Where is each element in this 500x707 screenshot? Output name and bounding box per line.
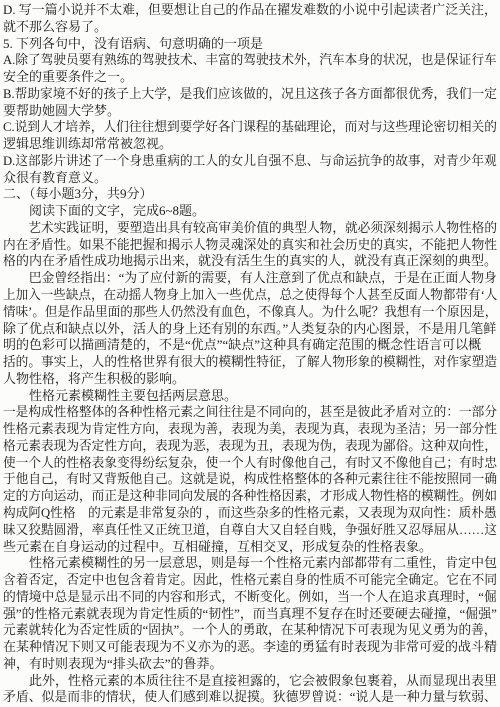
- text-line: 阅读下面的文字，完成6~8题。: [3, 203, 497, 220]
- text-line: 此外，性格元素的本质往往不是直接袒露的，它会被假象包裹着，从而显现出表里: [3, 673, 497, 690]
- text-line: 括的。事实上，人的性格世界有很大的模糊性特征，了解人物形象的模糊性，对作家塑造: [3, 354, 484, 371]
- text-line: 情味’。但是作品里面的那些人仍然没有血色，不像真人。为什么呢？我想有一个原因是，: [3, 304, 481, 321]
- text-line: 强”的性格元素就表现为肯定性质的“韧性”，而当真理不复存在时还要硬去碰撞，“倔强…: [3, 606, 494, 623]
- text-line: 定的方向运动，而正是这种非同向发展的各种性格因素，才形成人物性格的模糊性。例如: [3, 488, 484, 505]
- text-line: 昧又狡黠圆滑，率真任性又正统卫道，自尊自大又自轻自贱，争强好胜又忍辱屈从……这: [3, 522, 484, 539]
- text-line: D. 写一篇小说并不太难，但要想让自己的作品在擢发难数的小说中引起读者广泛关注，: [3, 2, 494, 19]
- text-line: 含着否定，否定中也包含着肯定。因此，性格元素自身的性质不可能完全确定。它在不同: [3, 572, 484, 589]
- text-line: 逻辑思维训练却常常被忽视。: [3, 136, 497, 153]
- text-line: 二、（每小题3分，共9分）: [3, 186, 497, 203]
- text-line: 就不那么容易了。: [3, 19, 497, 36]
- text-line: 性格元素模糊性主要包括两层意思。: [3, 388, 497, 405]
- text-line: A.除了驾驶员要有熟练的驾驶技术、丰富的驾驶技术外，汽车本身的状况，也是保证行车: [3, 52, 484, 69]
- text-line: 神，有时则表现为“排头砍去”的鲁莽。: [3, 656, 497, 673]
- text-line: 要帮助她圆大学梦。: [3, 103, 497, 120]
- text-line: 上加入一些缺点，在动摇人物身上加入一些优点，总之使得每个人甚至反面人物都带有‘人: [3, 287, 481, 304]
- text-line: 5. 下列各句中，没有语病、句意明确的一项是: [3, 36, 497, 53]
- text-line: 内在矛盾性。如果不能把握和揭示人物灵魂深处的真实和社会历史的真实，不能把人物性: [3, 237, 484, 254]
- text-line: 艺术实践证明，要塑造出具有较高审美价值的典型人物，就必须深刻揭示人物性格的: [3, 220, 484, 237]
- text-line: 于他自己，有时又背叛他自己。这就是说，构成性格整体的各种元素往往不能按照同一确: [3, 471, 484, 488]
- text-line: 格的内在矛盾性成功地揭示出来，就没有活生生的真实的人，就没有真正深刻的典型。: [3, 253, 497, 270]
- text-line: 元素就转化为否定性质的“固执”。一个人的勇敢，在某种情况下可表现为见义勇为的善，: [3, 622, 485, 639]
- text-line: 安全的重要条件之一。: [3, 69, 497, 86]
- text-line: C.说到人才培养，人们往往想到要学好各门课程的基础理论，而对与这些理论密切相关的: [3, 119, 485, 136]
- text-line: 众很有教育意义。: [3, 170, 497, 187]
- text-line: 性格元素模糊性的另一层意思，则是每一个性格元素内部都带有二重性，肯定中包: [3, 555, 497, 572]
- text-line: 的情境中总是显示出不同的内容和形式，不断变化。例如，当一个人在追求真理时，“倔: [3, 589, 491, 606]
- text-line: 明的色彩可以描画清楚的，不是“优点”“缺点”这种具有确定范围的概念性语言可以概: [3, 337, 497, 354]
- text-line: 些元素在自身运动的过程中。互相碰撞，互相交叉，形成复杂的性格表象。: [3, 539, 497, 556]
- text-line: 除了优点和缺点以外，活人的身上还有别的东西。”人类复杂的内心图景，不是用几笔鲜: [3, 321, 497, 338]
- text-line: 人物性格，将产生积极的影响。: [3, 371, 497, 388]
- text-line: 巴金曾经指出：“为了应付新的需要，有人注意到了优点和缺点，于是在正面人物身: [3, 270, 491, 287]
- text-line: 使一个人的性格表象变得纷纭复杂，使一个人有时像他自己，有时又不像他自己；有时忠: [3, 455, 484, 472]
- text-line: 格元素表现为否定性方向，表现为恶，表现为丑，表现为伪，表现为鄙俗。这种双向性，: [3, 438, 484, 455]
- text-line: 矛盾、似是而非的情状，使人们感到难以捉摸。狄德罗曾说：“说人是一种力量与软弱、: [3, 689, 491, 706]
- text-line: 在某种情况下则又可能表现为不义亦为的恶。李逵的勇猛有时表现为非常可爱的战斗精: [3, 639, 497, 656]
- text-line: 构成阿Q性格 的元素是非常复杂的 ，而这些杂多的性格元素，又表现为双向性：质朴愚: [3, 505, 484, 522]
- text-line: 一是构成性格整体的各种性格元素之间往往是不同向的，甚至是彼此矛盾对立的：一部分: [3, 404, 484, 421]
- text-line: D.这部影片讲述了一个身患重病的工人的女儿自强不息、与命运抗争的故事，对青少年观: [3, 153, 484, 170]
- text-block: D. 写一篇小说并不太难，但要想让自己的作品在擢发难数的小说中引起读者广泛关注，…: [3, 2, 497, 706]
- text-line: B.帮助家境不好的孩子上大学，是我们应该做的，况且这孩子各方面都很优秀，我们一定: [3, 86, 485, 103]
- scanned-exam-page: D. 写一篇小说并不太难，但要想让自己的作品在擢发难数的小说中引起读者广泛关注，…: [0, 0, 500, 707]
- text-line: 性格元素表现为肯定性方向，表现为善，表现为美，表现为真，表现为圣洁；另一部分性: [3, 421, 484, 438]
